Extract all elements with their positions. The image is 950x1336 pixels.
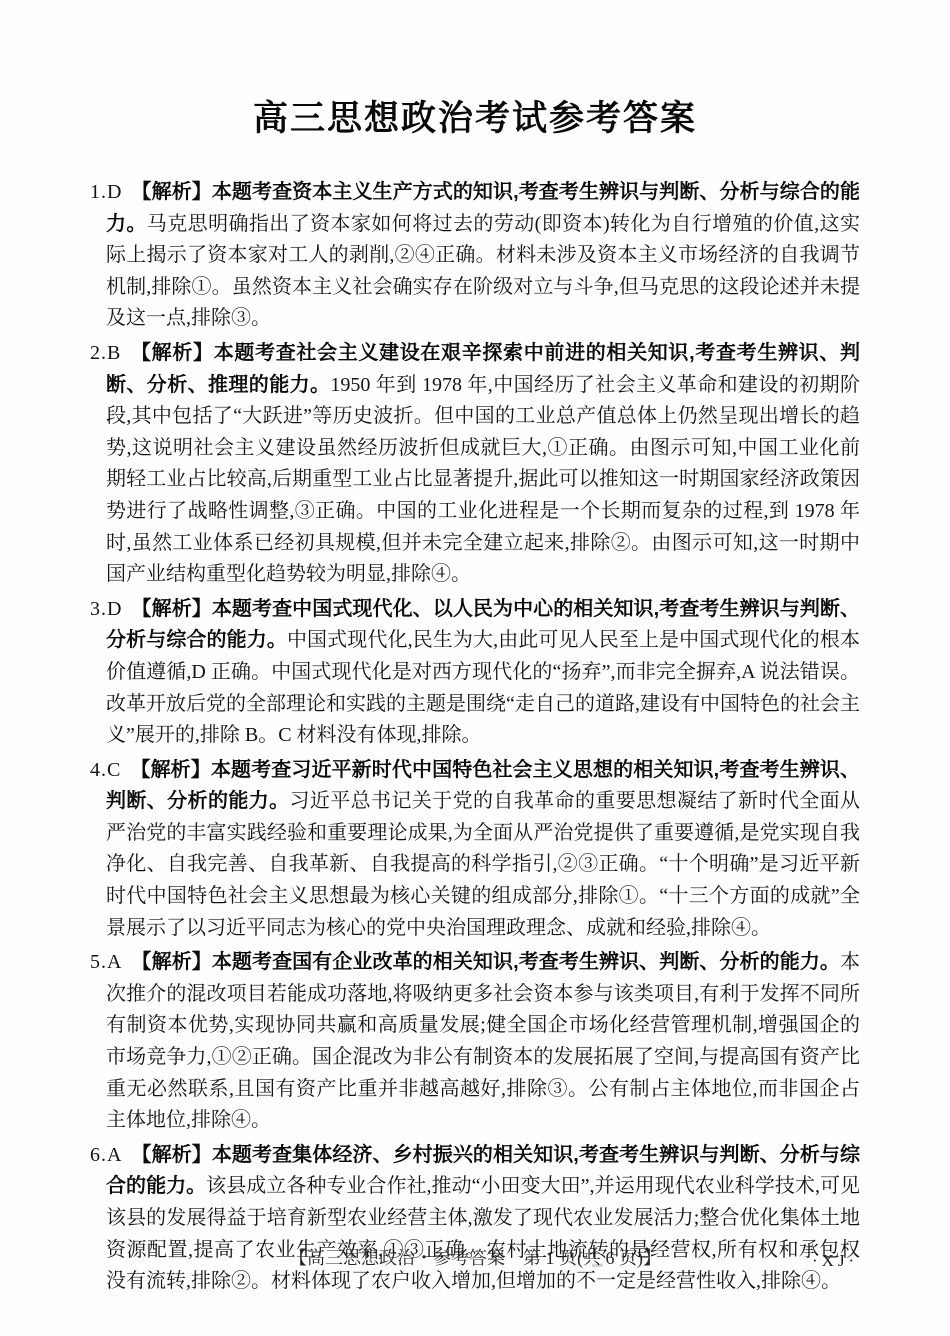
answer-item-6: 6.A【解析】本题考查集体经济、乡村振兴的相关知识,考查考生辨识与判断、分析与综… [90, 1140, 860, 1298]
answer-number-choice: 2.B [90, 342, 121, 364]
page-footer: 【高三思想政治・参考答案 第 1 页(共 6 页)】 [0, 1248, 950, 1268]
answer-item-2: 2.B【解析】本题考查社会主义建设在艰辛探索中前进的相关知识,考查考生辨识、判断… [90, 338, 860, 591]
answer-number-choice: 4.C [90, 759, 121, 781]
exam-answer-sheet-page: 高三思想政治考试参考答案 1.D【解析】本题考查资本主义生产方式的知识,考查考生… [0, 0, 950, 1336]
analysis-body: 本次推介的混改项目若能成功落地,将吸纳更多社会资本参与该类项目,有利于发挥不同所… [106, 951, 860, 1131]
answer-number-choice: 1.D [90, 181, 122, 203]
analysis-lead-bold: 【解析】本题考查国有企业改革的相关知识,考查考生辨识、判断、分析的能力。 [131, 951, 840, 973]
analysis-body: 1950 年到 1978 年,中国经历了社会主义革命和建设的初期阶段,其中包括了… [106, 374, 860, 586]
answer-item-3: 3.D【解析】本题考查中国式现代化、以人民为中心的相关知识,考查考生辨识与判断、… [90, 594, 860, 752]
analysis-body: 习近平总书记关于党的自我革命的重要思想凝结了新时代全面从严治党的丰富实践经验和重… [106, 790, 860, 938]
footer-text: 【高三思想政治・参考答案 第 1 页(共 6 页)】 [289, 1248, 661, 1268]
answer-item-1: 1.D【解析】本题考查资本主义生产方式的知识,考查考生辨识与判断、分析与综合的能… [90, 177, 860, 335]
answer-number-choice: 5.A [90, 951, 122, 973]
answer-number-choice: 3.D [90, 598, 122, 620]
analysis-body: 马克思明确指出了资本家如何将过去的劳动(即资本)转化为自行增殖的价值,这实际上揭… [106, 213, 860, 330]
page-title: 高三思想政治考试参考答案 [0, 98, 950, 140]
answer-item-5: 5.A【解析】本题考查国有企业改革的相关知识,考查考生辨识、判断、分析的能力。本… [90, 947, 860, 1137]
answer-number-choice: 6.A [90, 1144, 122, 1166]
answer-list: 1.D【解析】本题考查资本主义生产方式的知识,考查考生辨识与判断、分析与综合的能… [90, 177, 860, 1301]
answer-item-4: 4.C【解析】本题考查习近平新时代中国特色社会主义思想的相关知识,考查考生辨识、… [90, 755, 860, 945]
analysis-body: 该县成立各种专业合作社,推动“小田变大田”,并运用现代农业科学技术,可见该县的发… [106, 1175, 860, 1292]
footer-code: ·XJ· [812, 1251, 858, 1271]
